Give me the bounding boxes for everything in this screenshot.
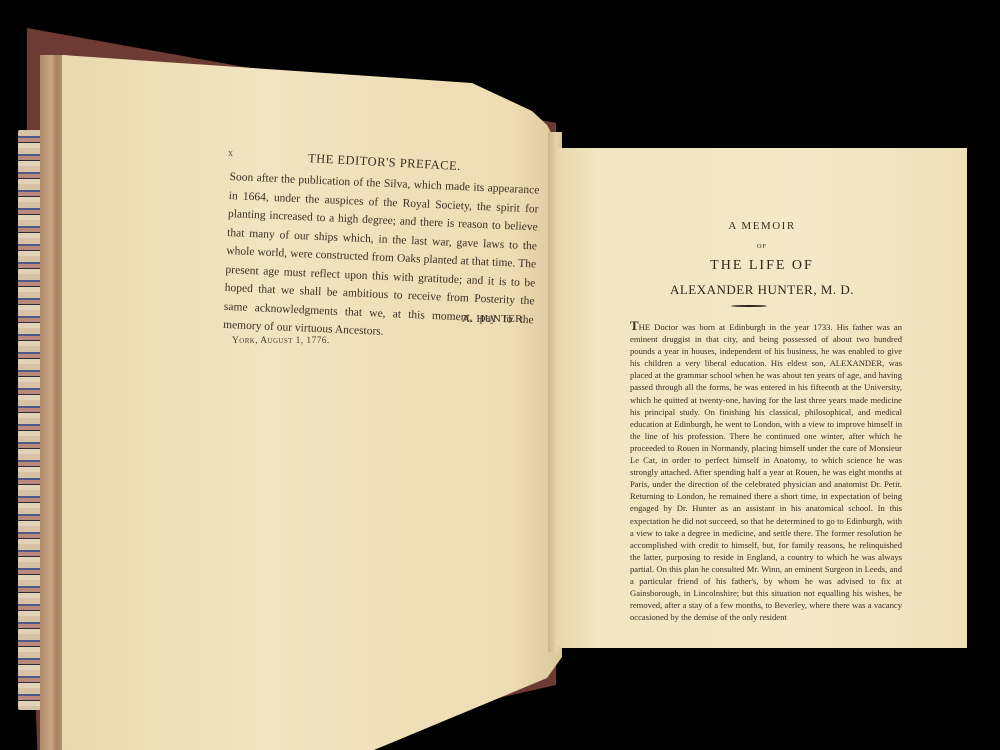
preface-signature: A. HUNTER. <box>462 313 526 325</box>
drop-cap: T <box>630 318 639 333</box>
memoir-heading-life: THE LIFE OF <box>557 258 967 274</box>
preface-dateline: York, August 1, 1776. <box>232 336 330 346</box>
right-page: A MEMOIR OF THE LIFE OF ALEXANDER HUNTER… <box>557 148 967 648</box>
memoir-body: THE Doctor was born at Edinburgh in the … <box>630 320 902 623</box>
memoir-text: Doctor was born at Edinburgh in the year… <box>630 322 902 622</box>
first-word-rest: HE <box>639 322 650 332</box>
left-page: x THE EDITOR'S PREFACE. Soon after the p… <box>62 55 562 750</box>
preface-content: THE EDITOR'S PREFACE. Soon after the pub… <box>230 147 540 335</box>
memoir-heading-of: OF <box>557 243 967 250</box>
memoir-heading-name: ALEXANDER HUNTER, M. D. <box>557 282 967 298</box>
ornamental-rule <box>731 305 767 307</box>
memoir-heading: A MEMOIR <box>557 220 967 232</box>
marbled-endpaper <box>18 130 42 710</box>
